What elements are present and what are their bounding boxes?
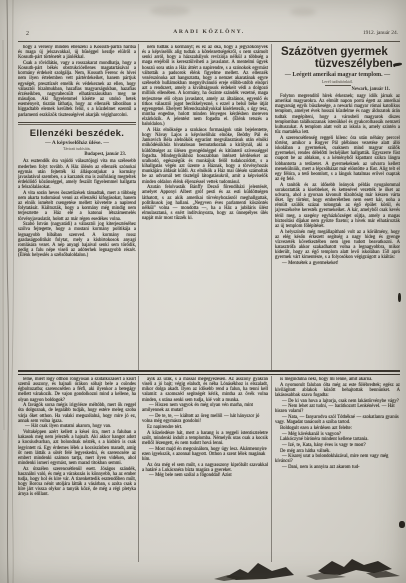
paragraph: De még arra hátha válnék. — [275, 449, 400, 454]
column-divider — [138, 44, 139, 371]
paragraph: — De te, te, — kiáltott az öreg mellől —… — [142, 414, 268, 424]
paragraph: Boldogult ezen a kérdésen azt felelte: — [275, 426, 400, 431]
paragraph: — De ki van hova a lajtorja, csak nem la… — [275, 399, 400, 404]
issue-date: 1912. január 24. — [363, 30, 398, 36]
column-1: lelne, miért lógy otthon rongyosan a szi… — [18, 377, 136, 562]
paragraph: — Dani, nem is annyira azt akarom tud- — [275, 465, 400, 470]
column-divider — [138, 376, 139, 562]
feuilleton-text: lelne, miért lógy otthon rongyosan a szi… — [18, 377, 136, 498]
paragraph: lelne, miért lógy otthon rongyosan a szi… — [18, 377, 136, 403]
paragraph: Az útszélen szerencsétlenül esett. Jóság… — [18, 467, 136, 498]
paragraph: — Most majd én megcsinálom, hogy úgy les… — [142, 447, 268, 462]
paragraph: Szabó István (nagyatádi) a választói jog… — [18, 222, 136, 258]
masthead-title: ARADI KÖZLÖNY. — [18, 29, 400, 35]
column-divider — [271, 44, 272, 371]
ink-mark — [393, 62, 402, 66]
paper-smudge — [150, 6, 190, 16]
article-subtitle: — Leégett amerikai magyar templom. — — [275, 72, 400, 78]
paragraph: A nyomorult faluban ólta még az este föl… — [275, 383, 400, 398]
paper-smudge — [290, 8, 316, 16]
column-1: hogy a verseny minden ellenzéki a Kossut… — [18, 45, 136, 368]
lead-text: hogy a verseny minden ellenzéki a Kossut… — [18, 45, 136, 118]
article-body: nem tudták a kormányt; és ez az oka, hog… — [142, 45, 268, 221]
paragraph: Az esztendők óta vajúdó választójogi vit… — [18, 159, 136, 190]
paragraph: nem tudták a kormányt; és ez az oka, hog… — [142, 45, 268, 128]
section-divider-rule — [18, 370, 400, 375]
article-rule — [18, 122, 136, 125]
article-dateline: Budapest, január 23. — [18, 152, 136, 157]
main-headline-line1: Százötven gyermek — [275, 46, 400, 58]
page-header: 2 ARADI KÖZLÖNY. 1912. január 24. — [18, 29, 400, 41]
article-byline: Távirati tudósítás. — [18, 147, 136, 151]
article-dateline: Newark, január 11. — [275, 87, 400, 92]
paragraph: Folyton megrendítő hírek érkeznek; nagy … — [275, 94, 400, 135]
article-body: Folyton megrendítő hírek érkeznek; nagy … — [275, 94, 400, 266]
byline-rule — [325, 85, 351, 86]
paragraph: hogy a verseny minden ellenzéki a Kossut… — [18, 45, 136, 60]
paragraph: A közeledésre hát, mert a harang is a re… — [142, 431, 268, 446]
column-2: nem tudták a kormányt; és ez az oka, hog… — [142, 45, 268, 368]
column-2: ayik az urak, s a mással megegyezésen. A… — [142, 377, 268, 562]
paragraph: Ez napirendre tért. — [142, 425, 268, 430]
paragraph: Azután felolvasták Bánffy Dezső főrendih… — [142, 185, 268, 221]
header-rule — [18, 41, 400, 42]
column-divider — [271, 376, 272, 562]
paragraph: A vita során heves összetűzések támadtak… — [18, 191, 136, 222]
feuilleton-text: is megindulna neki, hogy mi lenne, amit … — [275, 377, 400, 470]
article-subtitle: — A képviselőház ülése. — — [18, 140, 136, 146]
paragraph: — Kisarej urat a bolondokházával, mire n… — [275, 454, 400, 464]
paragraph: — Nata, — fanyarodva szól Tóthékné — szo… — [275, 415, 400, 425]
ink-mark — [399, 521, 405, 528]
paragraph: — Mentsétek a gyermekeket! — [275, 261, 400, 266]
paragraph: — Nem lehet azt tudni, — barátkozott Len… — [275, 404, 400, 414]
paragraph: Lakkóczyné bírónéra mindent kellene tart… — [275, 437, 400, 442]
ink-mark — [398, 293, 401, 302]
article-body: Az esztendők óta vajúdó választójogi vit… — [18, 159, 136, 258]
fold-crease-lines — [0, 0, 20, 583]
paragraph: — Még kávéskanál is vagyon? — [275, 432, 400, 437]
paragraph: — Hát csak ilyen mutatni akarom, hogy va… — [18, 424, 136, 429]
paragraph: A Ház elnöksége a szokásos formaságok ut… — [142, 128, 268, 185]
column-3: is megindulna neki, hogy mi lenne, amit … — [275, 377, 400, 562]
paragraph: — Izé, te, Kata, hány éves is vagy te mo… — [275, 443, 400, 448]
paragraph: Csak a rövidlátás, vagy a rosszakarat mo… — [18, 61, 136, 118]
article-headline: Ellenzéki beszédek. — [18, 128, 136, 139]
paragraph: Az óra még el sem múlt, s a nagyasszony … — [142, 463, 268, 473]
article-byline: Levél tudósítónktól. — [275, 80, 400, 84]
main-headline-line2: tüzveszélyben. — [275, 58, 400, 70]
column-3: Százötven gyermek tüzveszélyben. — Leége… — [275, 45, 400, 368]
feuilleton-text: ayik az urak, s a mással megegyezésen. A… — [142, 377, 268, 478]
newspaper-page: 2 ARADI KÖZLÖNY. 1912. január 24. hogy a… — [0, 0, 406, 583]
paragraph: A tanítók és az idősebb leányok példás n… — [275, 183, 400, 229]
paragraph: — Hiszen nem vagyok én még olyan vén mar… — [142, 403, 268, 413]
main-headline: Százötven gyermek tüzveszélyben. — [275, 46, 400, 70]
paragraph: A favágók sorsa mégis irigylésre méltóbb… — [18, 403, 136, 424]
paragraph: Voltaképpen azért kellett a kései óra, m… — [18, 430, 136, 466]
paragraph: A helyszínén még megállapítható volt az … — [275, 230, 400, 261]
paragraph: — Még bele nem szólal a főgonddal! Azist — [142, 473, 268, 478]
paragraph: is megindulna neki, hogy mi lenne, amit … — [275, 377, 400, 382]
paragraph: ayik az urak, s a mással megegyezésen. A… — [142, 377, 268, 403]
paragraph: A szerencsétlenség reggeli kilenc óra ut… — [275, 136, 400, 182]
